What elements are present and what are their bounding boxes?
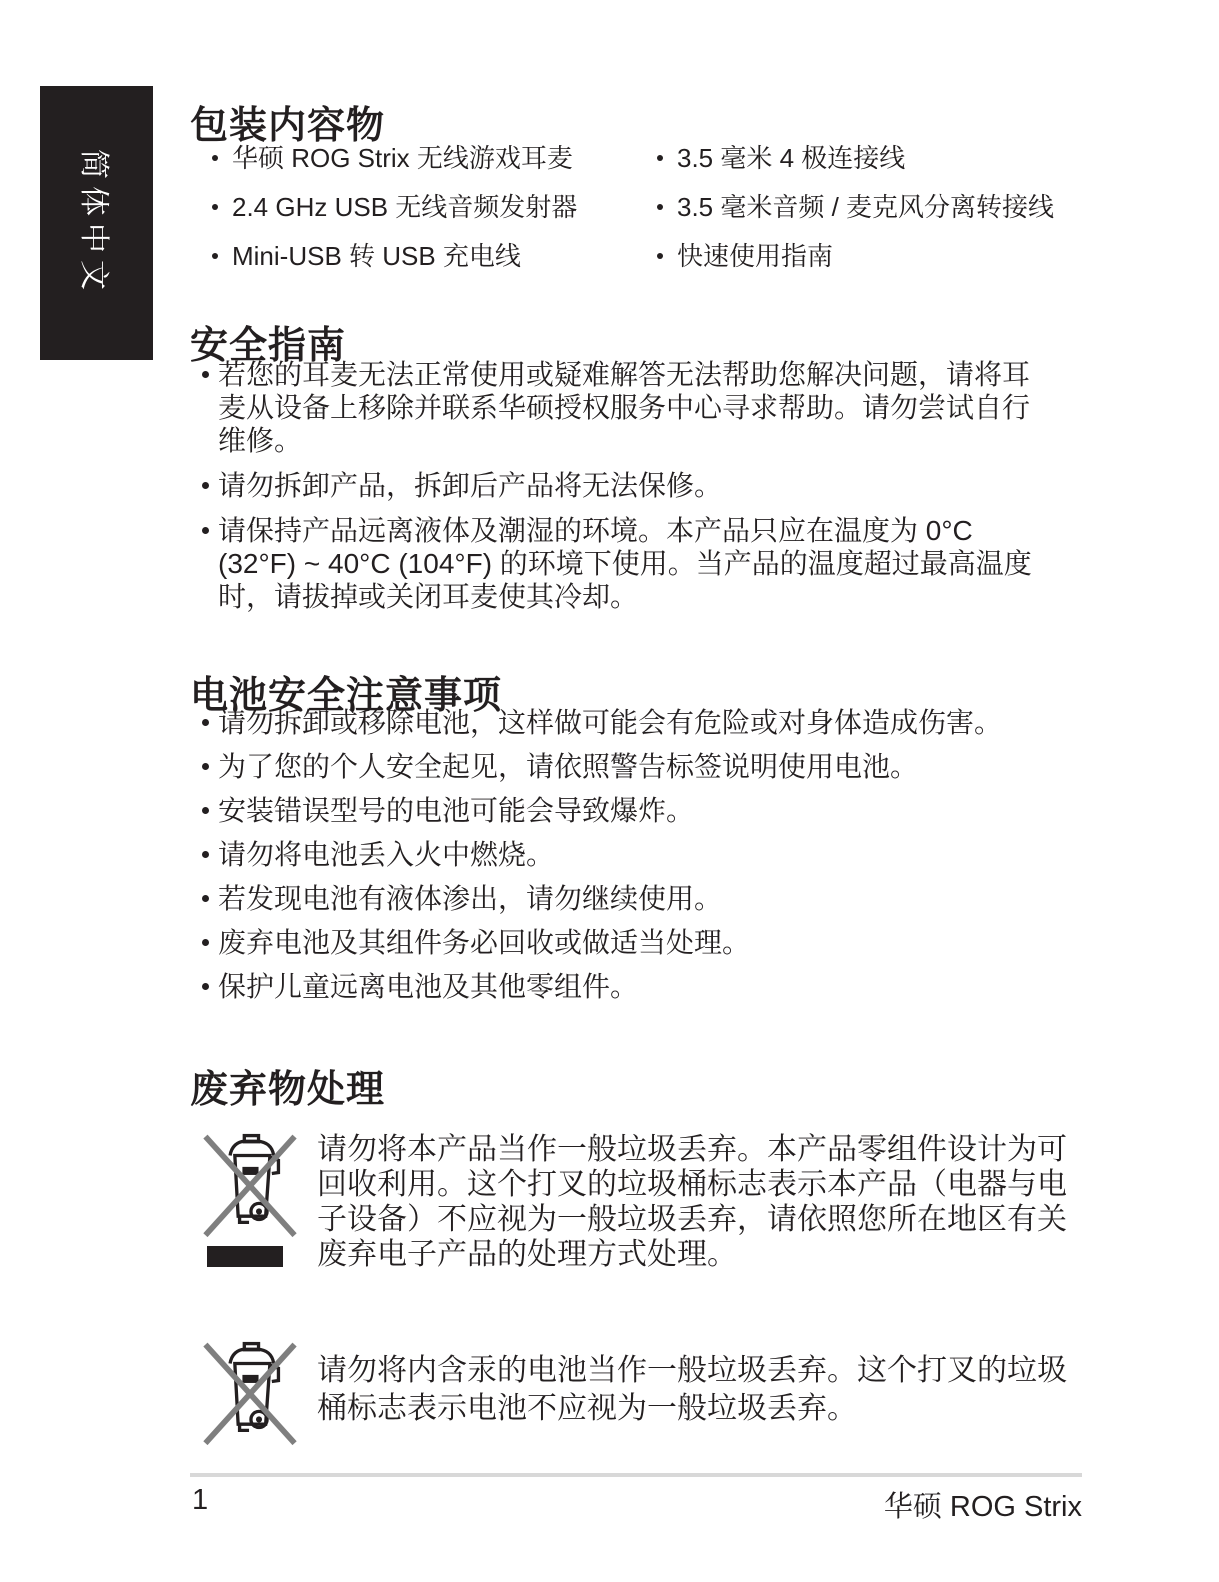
footer-brand: 华硕 ROG Strix — [884, 1484, 1082, 1525]
packing-list-item: 快速使用指南 — [635, 242, 1070, 270]
battery-bullet: 保护儿童远离电池及其他零组件。 — [190, 970, 1090, 1003]
battery-bullet: 请勿将电池丢入火中燃烧。 — [190, 838, 1090, 871]
safety-bullet: 请勿拆卸产品，拆卸后产品将无法保修。 — [190, 469, 1055, 502]
crossed-wheelie-bin-icon — [195, 1336, 305, 1451]
safety-bullet-list: 若您的耳麦无法正常使用或疑难解答无法帮助您解决问题，请将耳麦从设备上移除并联系华… — [190, 358, 1055, 625]
packing-list-item: 3.5 毫米 4 极连接线 — [635, 144, 1070, 172]
weee-notice-text: 请勿将内含汞的电池当作一般垃圾丢弃。这个打叉的垃圾桶标志表示电池不应视为一般垃圾… — [317, 1352, 1079, 1428]
battery-bullet: 废弃电池及其组件务必回收或做适当处理。 — [190, 926, 1090, 959]
manual-page: 简体中文 包装内容物 华硕 ROG Strix 无线游戏耳麦 2.4 GHz U… — [0, 0, 1219, 1582]
weee-notice-text: 请勿将本产品当作一般垃圾丢弃。本产品零组件设计为可回收利用。这个打叉的垃圾桶标志… — [317, 1132, 1079, 1272]
safety-bullet: 若您的耳麦无法正常使用或疑难解答无法帮助您解决问题，请将耳麦从设备上移除并联系华… — [190, 358, 1055, 457]
safety-bullet-text: 请保持产品远离液体及潮湿的环境。本产品只应在温度为 0°C (32°F) ~ 4… — [218, 514, 1053, 613]
safety-bullet-text: 若您的耳麦无法正常使用或疑难解答无法帮助您解决问题，请将耳麦从设备上移除并联系华… — [218, 358, 1053, 457]
page-number: 1 — [192, 1484, 208, 1517]
battery-bullet: 若发现电池有液体渗出，请勿继续使用。 — [190, 882, 1090, 915]
safety-bullet-text: 请勿拆卸产品，拆卸后产品将无法保修。 — [218, 469, 722, 502]
language-tab: 简体中文 — [40, 86, 153, 360]
weee-black-bar — [207, 1246, 283, 1267]
packing-list: 华硕 ROG Strix 无线游戏耳麦 2.4 GHz USB 无线音频发射器 … — [190, 144, 1070, 291]
battery-bullet-list: 请勿拆卸或移除电池，这样做可能会有危险或对身体造成伤害。 为了您的个人安全起见，… — [190, 706, 1090, 1014]
footer-rule — [190, 1473, 1082, 1477]
packing-list-item: 3.5 毫米音频 / 麦克风分离转接线 — [635, 193, 1070, 221]
disposal-section-title: 废弃物处理 — [190, 1069, 385, 1111]
packing-list-item: 华硕 ROG Strix 无线游戏耳麦 — [190, 144, 635, 172]
packing-list-item: Mini-USB 转 USB 充电线 — [190, 242, 635, 270]
crossed-wheelie-bin-with-bar-icon — [195, 1128, 305, 1243]
battery-bullet: 请勿拆卸或移除电池，这样做可能会有危险或对身体造成伤害。 — [190, 706, 1090, 739]
battery-bullet: 为了您的个人安全起见，请依照警告标签说明使用电池。 — [190, 750, 1090, 783]
packing-list-item: 2.4 GHz USB 无线音频发射器 — [190, 193, 635, 221]
battery-bullet: 安装错误型号的电池可能会导致爆炸。 — [190, 794, 1090, 827]
language-tab-label: 简体中文 — [75, 149, 119, 297]
safety-bullet: 请保持产品远离液体及潮湿的环境。本产品只应在温度为 0°C (32°F) ~ 4… — [190, 514, 1055, 613]
packing-section-title: 包装内容物 — [190, 105, 385, 147]
